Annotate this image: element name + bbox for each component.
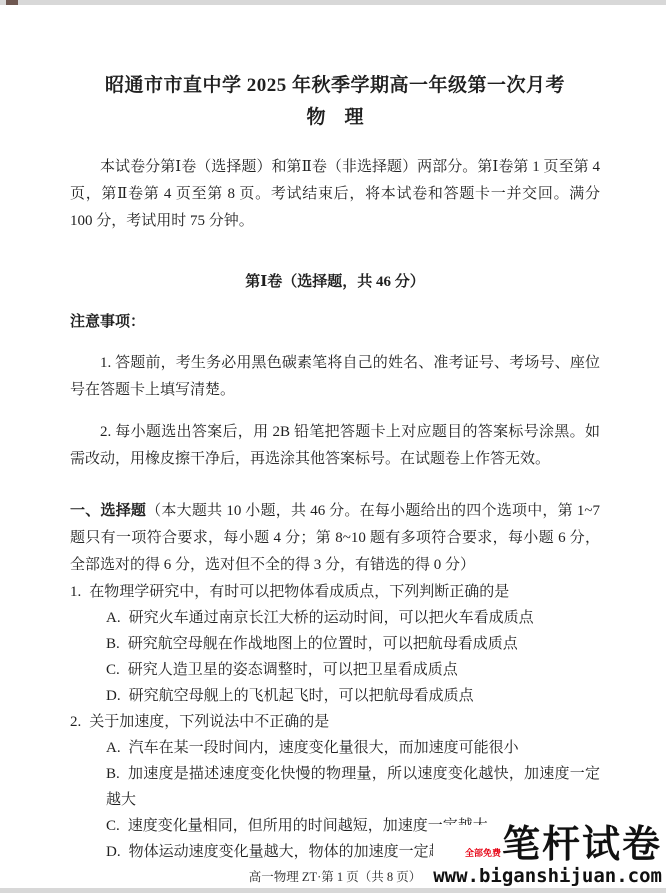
- part-heading-rest: （本大题共 10 小题，共 46 分。在每小题给出的四个选项中，第 1~7 题只…: [70, 503, 600, 573]
- watermark-free-badge: 全部免费: [465, 848, 501, 858]
- notes-heading: 注意事项：: [70, 308, 600, 335]
- option-label: A.: [106, 740, 129, 756]
- option-row: B.加速度是描述速度变化快慢的物理量，所以速度变化越快，加速度一定越大: [70, 761, 600, 813]
- option-label: D.: [106, 844, 129, 860]
- option-text: 汽车在某一段时间内，速度变化量很大，而加速度可能很小: [129, 740, 519, 756]
- option-label: C.: [106, 818, 128, 834]
- option-row: B.研究航空母舰在作战地图上的位置时，可以把航母看成质点: [70, 631, 600, 657]
- question-block-1: 1.在物理学研究中，有时可以把物体看成质点，下列判断正确的是 A.研究火车通过南…: [70, 579, 600, 709]
- watermark: 全部免费 笔杆试卷 www.biganshijuan.com: [433, 825, 662, 887]
- part-heading: 一、选择题（本大题共 10 小题，共 46 分。在每小题给出的四个选项中，第 1…: [70, 497, 600, 579]
- option-row: D.研究航空母舰上的飞机起飞时，可以把航母看成质点: [70, 683, 600, 709]
- option-label: B.: [106, 636, 128, 652]
- question-stem-text: 在物理学研究中，有时可以把物体看成质点，下列判断正确的是: [89, 584, 509, 600]
- watermark-brand-row: 全部免费 笔杆试卷: [433, 825, 662, 865]
- option-text: 研究火车通过南京长江大桥的运动时间，可以把火车看成质点: [129, 610, 534, 626]
- option-row: C.研究人造卫星的姿态调整时，可以把卫星看成质点: [70, 657, 600, 683]
- watermark-brand: 笔杆试卷: [502, 825, 662, 865]
- option-label: D.: [106, 688, 129, 704]
- option-row: A.汽车在某一段时间内，速度变化量很大，而加速度可能很小: [70, 735, 600, 761]
- option-text: 研究人造卫星的姿态调整时，可以把卫星看成质点: [128, 662, 458, 678]
- question-stem-text: 关于加速度，下列说法中不正确的是: [89, 714, 329, 730]
- option-text: 物体运动速度变化量越大，物体的加速度一定越大: [129, 844, 459, 860]
- note-item-1: 1. 答题前，考生务必用黑色碳素笔将自己的姓名、准考证号、考场号、座位号在答题卡…: [70, 350, 600, 404]
- question-stem: 1.在物理学研究中，有时可以把物体看成质点，下列判断正确的是: [70, 579, 600, 605]
- watermark-site: www.biganshijuan.com: [433, 865, 662, 887]
- section1-heading: 第Ⅰ卷（选择题，共 46 分）: [70, 269, 600, 296]
- exam-paper-page: 昭通市市直中学 2025 年秋季学期高一年级第一次月考 物 理 本试卷分第Ⅰ卷（…: [0, 0, 666, 895]
- exam-subject: 物 理: [70, 104, 600, 132]
- page-content: 昭通市市直中学 2025 年秋季学期高一年级第一次月考 物 理 本试卷分第Ⅰ卷（…: [0, 0, 666, 886]
- question-stem: 2.关于加速度，下列说法中不正确的是: [70, 709, 600, 735]
- option-text: 研究航空母舰在作战地图上的位置时，可以把航母看成质点: [128, 636, 518, 652]
- option-row: A.研究火车通过南京长江大桥的运动时间，可以把火车看成质点: [70, 605, 600, 631]
- note-item-2: 2. 每小题选出答案后，用 2B 铅笔把答题卡上对应题目的答案标号涂黑。如需改动…: [70, 419, 600, 473]
- exam-intro: 本试卷分第Ⅰ卷（选择题）和第Ⅱ卷（非选择题）两部分。第Ⅰ卷第 1 页至第 4 页…: [70, 154, 600, 235]
- question-number: 1.: [70, 584, 89, 600]
- part-heading-bold: 一、选择题: [70, 502, 146, 519]
- option-label: C.: [106, 662, 128, 678]
- question-number: 2.: [70, 714, 89, 730]
- option-label: B.: [106, 766, 128, 782]
- option-label: A.: [106, 610, 129, 626]
- page-edge-bottom: [0, 888, 666, 893]
- option-text: 研究航空母舰上的飞机起飞时，可以把航母看成质点: [129, 688, 474, 704]
- option-text: 加速度是描述速度变化快慢的物理量，所以速度变化越快，加速度一定越大: [106, 766, 600, 808]
- exam-title: 昭通市市直中学 2025 年秋季学期高一年级第一次月考: [70, 72, 600, 100]
